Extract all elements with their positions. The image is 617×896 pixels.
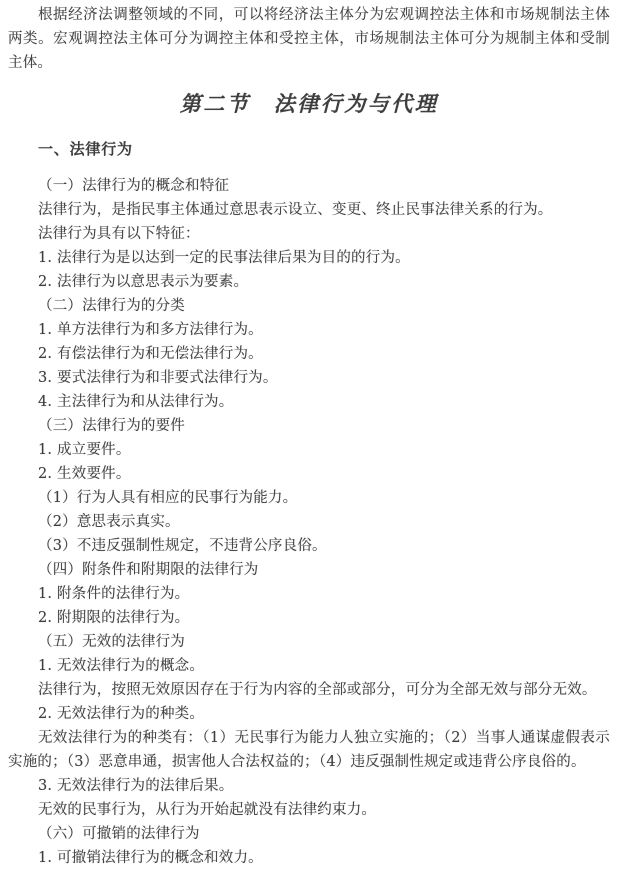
numbered-item-line: 1. 单方法律行为和多方法律行为。 xyxy=(8,318,610,342)
level-heading-line: （三）法律行为的要件 xyxy=(8,414,610,438)
numbered-item-line: 2. 无效法律行为的种类。 xyxy=(8,702,610,726)
subsection-title: 一、法律行为 xyxy=(8,141,610,158)
numbered-item-line: 1. 无效法律行为的概念。 xyxy=(8,654,610,678)
level-heading-line: （六）可撤销的法律行为 xyxy=(8,822,610,846)
paragraph-line: 法律行为，是指民事主体通过意思表示设立、变更、终止民事法律关系的行为。 xyxy=(8,198,610,222)
level-heading-line: （四）附条件和附期限的法律行为 xyxy=(8,558,610,582)
numbered-item-line: （2）意思表示真实。 xyxy=(8,510,610,534)
numbered-item-line: 4. 主法律行为和从法律行为。 xyxy=(8,390,610,414)
numbered-item-line: 2. 附期限的法律行为。 xyxy=(8,606,610,630)
numbered-item-line: 1. 可撤销法律行为的概念和效力。 xyxy=(8,846,610,870)
intro-paragraph: 根据经济法调整领域的不同，可以将经济法主体分为宏观调控法主体和市场规制法主体两类… xyxy=(8,3,610,75)
numbered-item-line: 1. 成立要件。 xyxy=(8,438,610,462)
numbered-item-line: 2. 生效要件。 xyxy=(8,462,610,486)
paragraph-line: 无效法律行为的种类有：（1）无民事行为能力人独立实施的；（2）当事人通谋虚假表示… xyxy=(8,726,610,774)
numbered-item-line: 3. 无效法律行为的法律后果。 xyxy=(8,774,610,798)
level-heading-line: （一）法律行为的概念和特征 xyxy=(8,174,610,198)
outline-body: （一）法律行为的概念和特征 法律行为，是指民事主体通过意思表示设立、变更、终止民… xyxy=(8,174,610,870)
numbered-item-line: 1. 附条件的法律行为。 xyxy=(8,582,610,606)
level-heading-line: （二）法律行为的分类 xyxy=(8,294,610,318)
paragraph-line: 无效的民事行为，从行为开始起就没有法律约束力。 xyxy=(8,798,610,822)
numbered-item-line: 3. 要式法律行为和非要式法律行为。 xyxy=(8,366,610,390)
numbered-item-line: （3）不违反强制性规定，不违背公序良俗。 xyxy=(8,534,610,558)
numbered-item-line: 1. 法律行为是以达到一定的民事法律后果为目的的行为。 xyxy=(8,246,610,270)
numbered-item-line: 2. 法律行为以意思表示为要素。 xyxy=(8,270,610,294)
section-title: 第二节 法律行为与代理 xyxy=(8,89,610,119)
paragraph-line: 法律行为，按照无效原因存在于行为内容的全部或部分，可分为全部无效与部分无效。 xyxy=(8,678,610,702)
numbered-item-line: （1）行为人具有相应的民事行为能力。 xyxy=(8,486,610,510)
paragraph-line: 法律行为具有以下特征： xyxy=(8,222,610,246)
level-heading-line: （五）无效的法律行为 xyxy=(8,630,610,654)
numbered-item-line: 2. 有偿法律行为和无偿法律行为。 xyxy=(8,342,610,366)
book-page: 根据经济法调整领域的不同，可以将经济法主体分为宏观调控法主体和市场规制法主体两类… xyxy=(0,0,617,896)
